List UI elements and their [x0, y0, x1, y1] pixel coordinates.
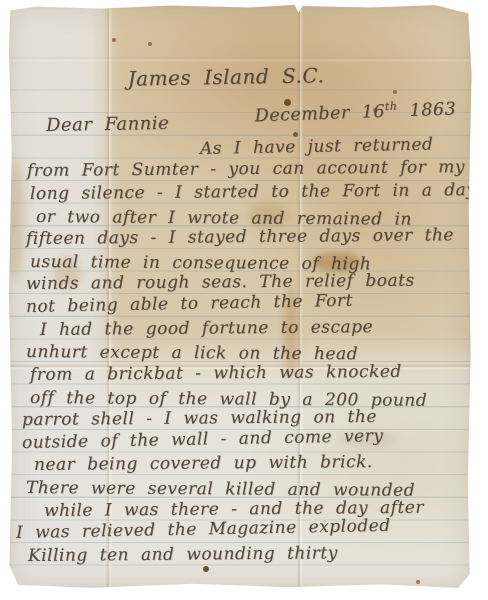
photo-of-letter: James Island S.C. December 16th 1863 Dea… — [0, 0, 488, 600]
letter-body-line: winds and rough seas. The relief boats — [26, 270, 472, 297]
letter-heading: James Island S.C. — [0, 62, 458, 93]
letter-body-line: not being able to reach the Fort — [26, 288, 472, 319]
fold-crease-vertical-left — [106, 4, 112, 589]
letter-body-line: long silence - I started to the Fort in … — [30, 179, 472, 205]
letter-body-line: Killing ten and wounding thirty — [28, 541, 472, 567]
letter-body-line: near being covered up with brick. — [34, 451, 472, 477]
stain — [284, 289, 298, 379]
letter-body-line: As I have just returned — [200, 133, 472, 161]
stain — [293, 132, 298, 137]
letter-body-line: off the top of the wall by a 200 pound — [30, 387, 472, 413]
letter-paper: James Island S.C. December 16th 1863 Dea… — [8, 4, 472, 589]
fold-crease-vertical-right — [297, 4, 303, 589]
letter-body-line: or two after I wrote and remained in — [36, 206, 472, 232]
ruled-lines — [8, 68, 472, 584]
stain — [284, 99, 291, 106]
letter-body-line: There were several killed and wounded — [26, 477, 472, 503]
date-main: December 16 — [254, 101, 385, 126]
stain — [248, 202, 288, 228]
stain — [203, 566, 209, 572]
stain — [53, 256, 81, 290]
fold-crease-horizontal — [8, 364, 472, 370]
letter-body-line: unhurt except a lick on the head — [26, 341, 472, 367]
letter-body-line: fifteen days - I stayed three days over … — [26, 224, 472, 251]
stain — [393, 90, 397, 94]
date-year: 1863 — [409, 99, 456, 121]
stain — [338, 432, 398, 448]
stain — [4, 159, 24, 279]
letter-text: James Island S.C. December 16th 1863 Dea… — [8, 70, 472, 567]
stain — [313, 252, 361, 272]
stain — [148, 42, 152, 46]
stain — [373, 108, 377, 112]
letter-body-line: while I was there - and the day after — [44, 496, 472, 522]
letter-body-line: outside of the wall - and come very — [22, 423, 472, 454]
letter-body-line: from Fort Sumter - you can account for m… — [27, 157, 472, 183]
letter-body-line: I had the good fortune to escape — [40, 315, 472, 341]
fold-crease-horizontal-top — [8, 56, 472, 62]
letter-date: December 16th 1863 — [8, 93, 473, 132]
date-ordinal-suffix: th — [385, 99, 398, 112]
stain — [112, 38, 116, 42]
letter-body-line: from a brickbat - which was knocked — [30, 360, 472, 386]
stain — [416, 580, 420, 584]
letter-body-line: usual time in consequence of high — [30, 251, 472, 277]
letter-body-line: I was relieved the Magazine exploded — [16, 513, 472, 544]
letter-salutation: Dear Fannie — [46, 108, 472, 138]
paper-edge-shading — [8, 4, 472, 589]
letter-body-line: parrot shell - I was walking on the — [22, 405, 472, 432]
